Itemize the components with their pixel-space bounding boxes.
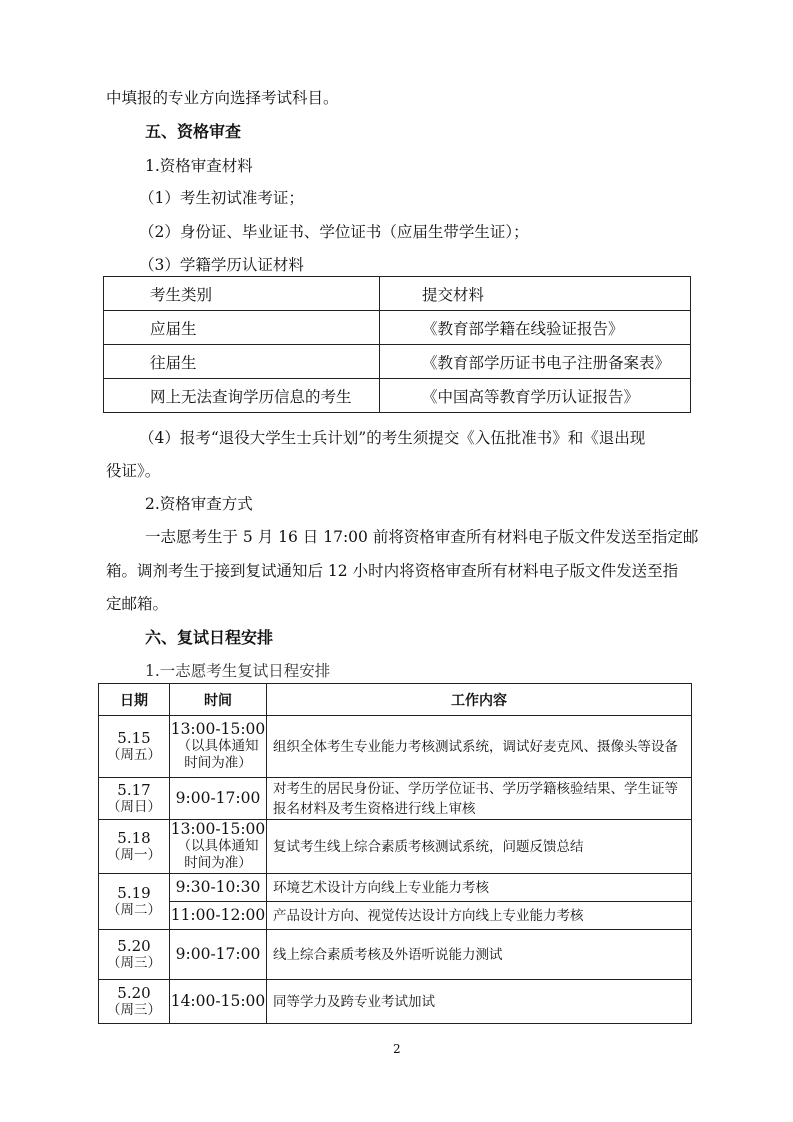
weekday: （周三） [99, 1002, 169, 1019]
date: 5.20 [117, 984, 150, 1002]
item-4-line-2: 役证》。 [106, 461, 160, 481]
section-5-sub2: 2.资格审查方式 [145, 494, 253, 514]
time: 9:30-10:30 [170, 874, 267, 902]
schedule-table: 日期 时间 工作内容 5.15（周五） 13:00-15:00（以具体通知时间为… [98, 683, 692, 1024]
time: 9:00-17:00 [170, 930, 267, 980]
content: 环境艺术设计方向线上专业能力考核 [267, 874, 692, 902]
section-5-sub1: 1.资格审查材料 [145, 156, 253, 176]
category-cell: 网上无法查询学历信息的考生 [104, 379, 380, 413]
material-cell: 《教育部学历证书电子注册备案表》 [380, 345, 691, 379]
weekday: （周二） [99, 902, 169, 919]
date: 5.18 [117, 829, 150, 847]
date: 5.20 [117, 937, 150, 955]
page-number: 2 [393, 1042, 401, 1056]
time-note: （以具体通知时间为准） [170, 738, 266, 772]
content: 产品设计方向、视觉传达设计方向线上专业能力考核 [267, 902, 692, 930]
time: 13:00-15:00 [171, 720, 266, 738]
header-cell: 提交材料 [380, 277, 691, 311]
time: 9:00-17:00 [170, 778, 267, 820]
weekday: （周三） [99, 955, 169, 972]
method-line-1: 一志愿考生于 5 月 16 日 17:00 前将资格审查所有材料电子版文件发送至… [145, 527, 698, 547]
category-cell: 应届生 [104, 311, 380, 345]
header-time: 时间 [170, 684, 267, 716]
method-line-3: 定邮箱。 [106, 594, 168, 614]
time: 11:00-12:00 [170, 902, 267, 930]
content: 组织全体考生专业能力考核测试系统，调试好麦克风、摄像头等设备 [267, 716, 692, 778]
header-cell: 考生类别 [104, 277, 380, 311]
table-header-row: 日期 时间 工作内容 [99, 684, 692, 716]
table-row: 11:00-12:00 产品设计方向、视觉传达设计方向线上专业能力考核 [99, 902, 692, 930]
materials-table: 考生类别 提交材料 应届生 《教育部学籍在线验证报告》 往届生 《教育部学历证书… [103, 276, 691, 413]
section-6-sub1: 1.一志愿考生复试日程安排 [145, 661, 330, 681]
section-6-title: 六、复试日程安排 [145, 628, 273, 648]
time-note: （以具体通知时间为准） [170, 838, 266, 872]
time: 14:00-15:00 [170, 980, 267, 1024]
content: 同等学力及跨专业考试加试 [267, 980, 692, 1024]
content: 线上综合素质考核及外语听说能力测试 [267, 930, 692, 980]
item-4-line-1: （4）报考“退役大学生士兵计划”的考生须提交《入伍批准书》和《退出现 [139, 428, 645, 448]
table-header-row: 考生类别 提交材料 [104, 277, 691, 311]
intro-line: 中填报的专业方向选择考试科目。 [106, 88, 339, 108]
table-row: 5.20（周三） 14:00-15:00 同等学力及跨专业考试加试 [99, 980, 692, 1024]
category-cell: 往届生 [104, 345, 380, 379]
weekday: （周一） [99, 847, 169, 864]
table-row: 5.20（周三） 9:00-17:00 线上综合素质考核及外语听说能力测试 [99, 930, 692, 980]
section-5-title: 五、资格审查 [145, 122, 241, 142]
material-cell: 《中国高等教育学历认证报告》 [380, 379, 691, 413]
time: 13:00-15:00 [171, 820, 266, 838]
material-cell: 《教育部学籍在线验证报告》 [380, 311, 691, 345]
material-item-1: （1）考生初试准考证； [139, 188, 304, 208]
table-row: 5.19（周二） 9:30-10:30 环境艺术设计方向线上专业能力考核 [99, 874, 692, 902]
date: 5.15 [117, 729, 150, 747]
material-item-2: （2）身份证、毕业证书、学位证书（应届生带学生证）； [139, 222, 529, 242]
table-row: 5.18（周一） 13:00-15:00（以具体通知时间为准） 复试考生线上综合… [99, 820, 692, 874]
table-row: 应届生 《教育部学籍在线验证报告》 [104, 311, 691, 345]
header-content: 工作内容 [267, 684, 692, 716]
table-row: 网上无法查询学历信息的考生 《中国高等教育学历认证报告》 [104, 379, 691, 413]
content: 对考生的居民身份证、学历学位证书、学历学籍核验结果、学生证等报名材料及考生资格进… [267, 778, 692, 820]
material-item-3: （3）学籍学历认证材料 [139, 255, 304, 275]
table-row: 往届生 《教育部学历证书电子注册备案表》 [104, 345, 691, 379]
content: 复试考生线上综合素质考核测试系统，问题反馈总结 [267, 820, 692, 874]
weekday: （周日） [99, 799, 169, 816]
method-line-2: 箱。调剂考生于接到复试通知后 12 小时内将资格审查所有材料电子版文件发送至指 [106, 561, 678, 581]
table-row: 5.15（周五） 13:00-15:00（以具体通知时间为准） 组织全体考生专业… [99, 716, 692, 778]
table-row: 5.17（周日） 9:00-17:00 对考生的居民身份证、学历学位证书、学历学… [99, 778, 692, 820]
weekday: （周五） [99, 747, 169, 764]
date: 5.19 [117, 884, 150, 902]
header-date: 日期 [99, 684, 170, 716]
date: 5.17 [117, 781, 150, 799]
